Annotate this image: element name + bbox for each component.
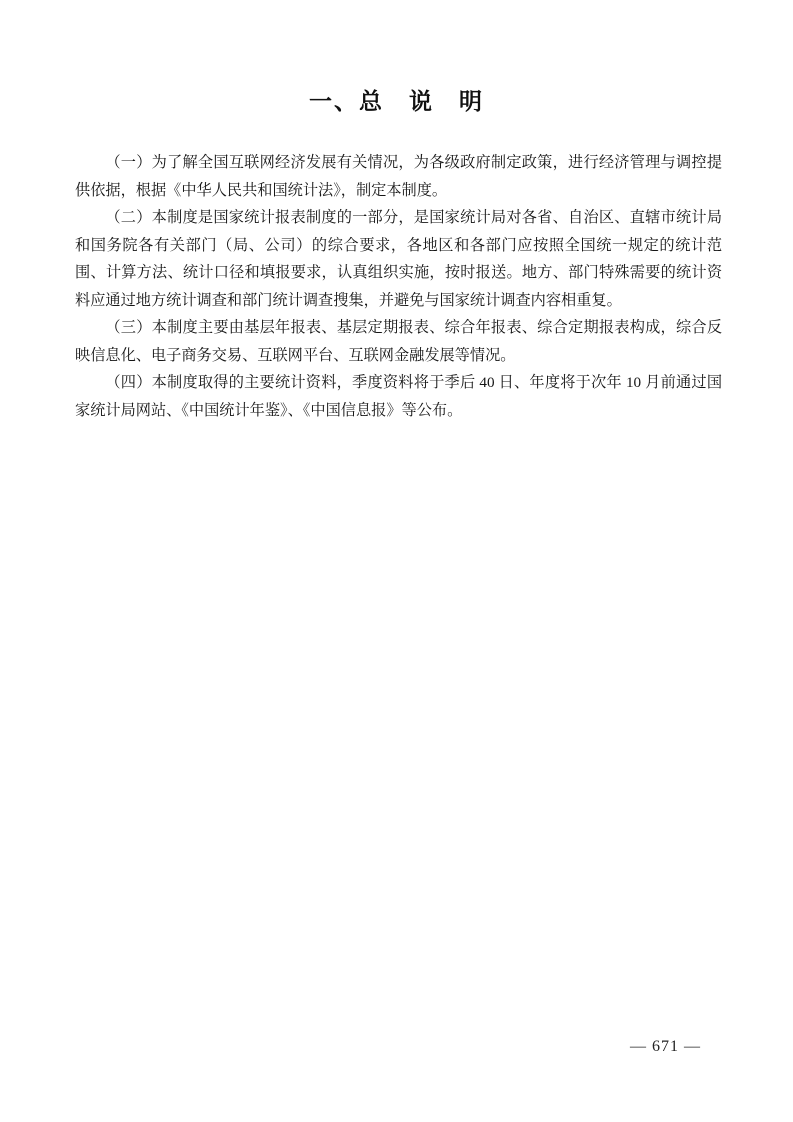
paragraph-2: （二）本制度是国家统计报表制度的一部分，是国家统计局对各省、自治区、直辖市统计局…	[75, 204, 722, 314]
page-title: 一、总 说 明	[0, 0, 793, 116]
paragraph-1: （一）为了解全国互联网经济发展有关情况，为各级政府制定政策，进行经济管理与调控提…	[75, 149, 722, 204]
document-body: （一）为了解全国互联网经济发展有关情况，为各级政府制定政策，进行经济管理与调控提…	[75, 149, 722, 424]
paragraph-3: （三）本制度主要由基层年报表、基层定期报表、综合年报表、综合定期报表构成，综合反…	[75, 314, 722, 369]
paragraph-4: （四）本制度取得的主要统计资料，季度资料将于季后 40 日、年度将于次年 10 …	[75, 369, 722, 424]
page-number: — 671 —	[630, 1036, 701, 1058]
document-page: 一、总 说 明 （一）为了解全国互联网经济发展有关情况，为各级政府制定政策，进行…	[0, 0, 793, 1122]
